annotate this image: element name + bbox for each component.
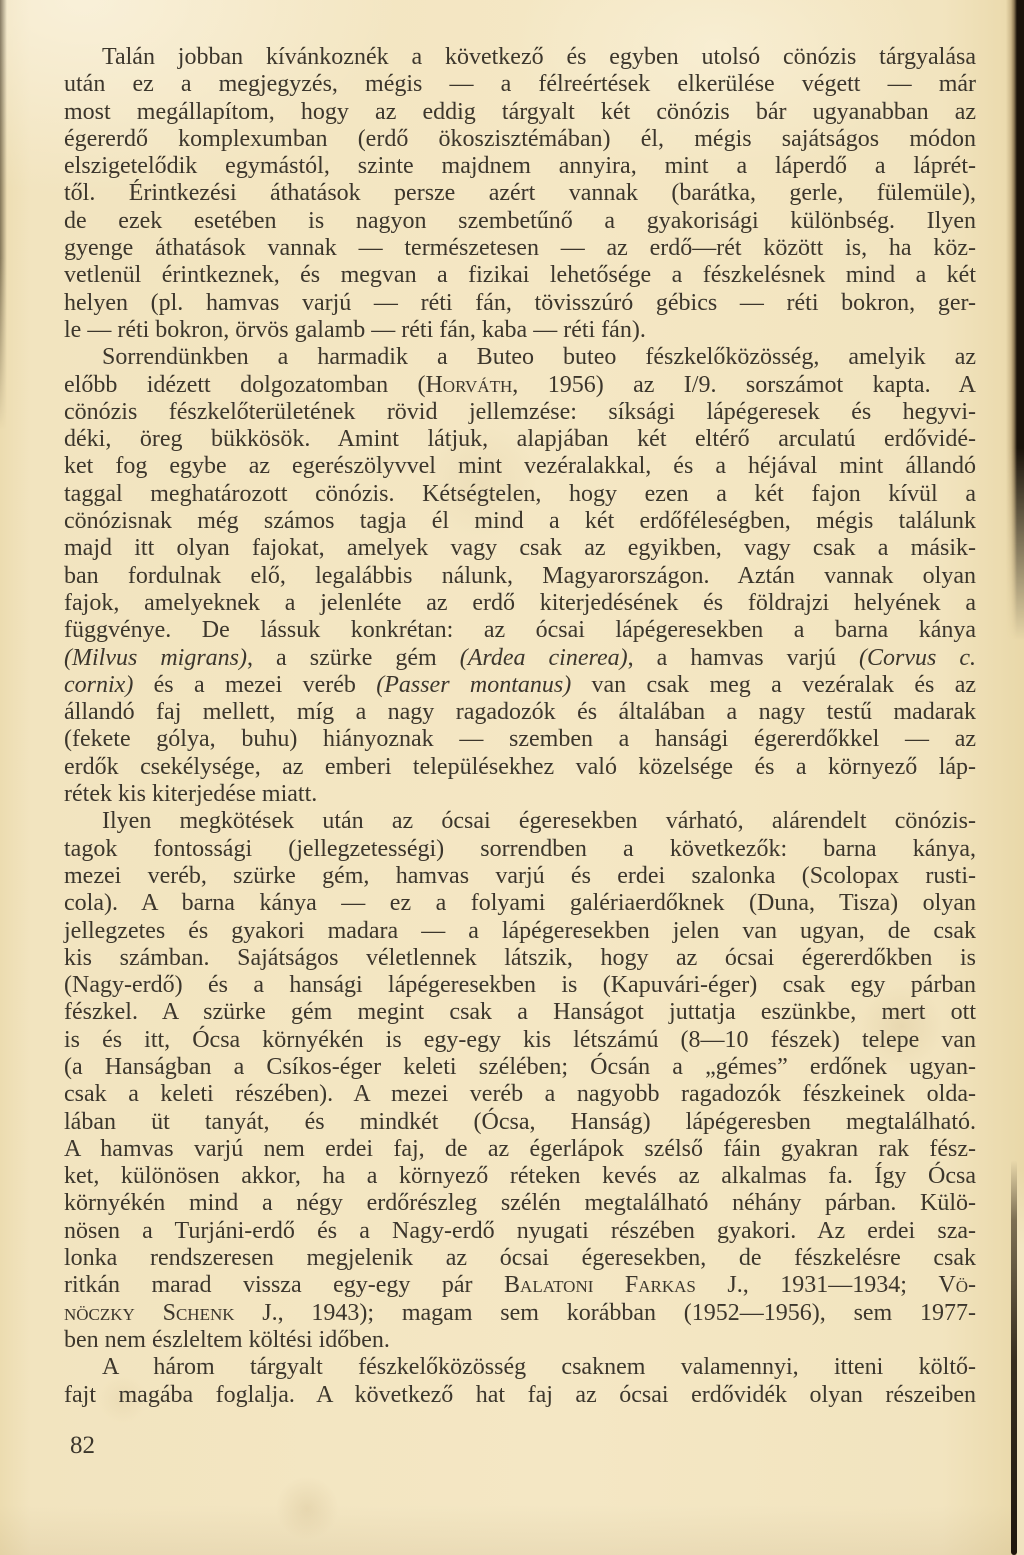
text-line: le — réti bokron, örvös galamb — réti fá…	[64, 317, 976, 344]
text-segment: , 1956) az I/9. sorszámot kapta. A	[512, 372, 976, 398]
text-segment: Sorrendünkben a harmadik a Buteo buteo f…	[102, 344, 976, 370]
latin-species-name: (Ardea cinerea)	[460, 645, 628, 671]
text-segment: taggal meghatározott cönózis. Kétségtele…	[64, 481, 976, 507]
text-segment: (Nagy-erdő) és a hansági lápégeresekben …	[64, 972, 976, 998]
text-line: fajok, amelyeknek a jelenléte az erdő ki…	[64, 590, 976, 617]
text-line: tagok fontossági (jellegzetességi) sorre…	[64, 836, 976, 863]
text-segment: fajt magába foglalja. A következő hat fa…	[64, 1382, 976, 1408]
text-segment: , a hamvas varjú	[628, 645, 859, 671]
text-segment: (a Hanságban a Csíkos-éger keleti széléb…	[64, 1054, 976, 1080]
text-line: (a Hanságban a Csíkos-éger keleti széléb…	[64, 1054, 976, 1081]
text-line: (Nagy-erdő) és a hansági lápégeresekben …	[64, 972, 976, 999]
text-line: ket fog egybe az egerészölyvvel mint vez…	[64, 453, 976, 480]
text-segment: elszigetelődik egymástól, szinte majdnem…	[64, 153, 976, 179]
text-segment: most megállapítom, hogy az eddig tárgyal…	[64, 99, 976, 125]
text-line: helyen (pl. hamvas varjú — réti fán, töv…	[64, 290, 976, 317]
scan-edge-right-shadow	[1006, 0, 1024, 640]
text-line: ket, különösen akkor, ha a környező réte…	[64, 1163, 976, 1190]
text-line: erdők csekélysége, az emberi települések…	[64, 754, 976, 781]
text-line: után ez a megjegyzés, mégis — a félreért…	[64, 71, 976, 98]
text-segment: vetlenül érintkeznek, és megvan a fizika…	[64, 262, 976, 288]
text-line: ritkán marad vissza egy-egy pár Balatoni…	[64, 1272, 976, 1299]
text-line: fészkel. A szürke gém megint csak a Hans…	[64, 999, 976, 1026]
text-line: rétek kis kiterjedése miatt.	[64, 781, 976, 808]
text-segment: égererdő komplexumban (erdő ökoszisztémá…	[64, 126, 976, 152]
text-line: csak a keleti részében). A mezei veréb a…	[64, 1081, 976, 1108]
text-segment: ket, különösen akkor, ha a környező réte…	[64, 1163, 976, 1189]
text-segment: van csak meg a vezéralak és az	[571, 672, 976, 698]
text-line: fajt magába foglalja. A következő hat fa…	[64, 1382, 976, 1409]
text-segment: erdők csekélysége, az emberi települések…	[64, 754, 976, 780]
text-line: majd itt olyan fajokat, amelyek vagy csa…	[64, 535, 976, 562]
text-segment: cönózis fészkelőterületének rövid jellem…	[64, 399, 976, 425]
text-line: (fekete gólya, buhu) hiányoznak — szembe…	[64, 726, 976, 753]
text-segment: ket fog egybe az egerészölyvvel mint vez…	[64, 453, 976, 479]
text-segment: (fekete gólya, buhu) hiányoznak — szembe…	[64, 726, 976, 752]
text-line: lonka rendszeresen megjelenik az ócsai é…	[64, 1245, 976, 1272]
author-name: Vö-	[938, 1272, 976, 1298]
scan-edge-right-paper-strip	[1017, 1170, 1024, 1555]
author-name: Horváth	[425, 372, 512, 398]
text-segment: helyen (pl. hamvas varjú — réti fán, töv…	[64, 290, 976, 316]
text-line: ban fordulnak elő, legalábbis nálunk, Ma…	[64, 563, 976, 590]
text-segment: nösen a Turjáni-erdő és a Nagy-erdő nyug…	[64, 1218, 976, 1244]
text-segment: J., 1943); magam sem korábban (1952—1956…	[235, 1300, 976, 1326]
text-line: lában üt tanyát, és mindkét (Ócsa, Hansá…	[64, 1109, 976, 1136]
author-name: nöczky Schenk	[64, 1300, 235, 1326]
text-segment: le — réti bokron, örvös galamb — réti fá…	[64, 317, 646, 343]
text-line: nöczky Schenk J., 1943); magam sem koráb…	[64, 1300, 976, 1327]
text-segment: ban fordulnak elő, legalábbis nálunk, Ma…	[64, 563, 976, 589]
text-segment: A három tárgyalt fészkelőközösség csakne…	[102, 1354, 976, 1380]
text-segment: lonka rendszeresen megjelenik az ócsai é…	[64, 1245, 976, 1271]
text-segment: lában üt tanyát, és mindkét (Ócsa, Hansá…	[64, 1109, 976, 1135]
text-line: de ezek esetében is nagyon szembetűnő a …	[64, 208, 976, 235]
text-line: mezei veréb, szürke gém, hamvas varjú és…	[64, 863, 976, 890]
text-line: most megállapítom, hogy az eddig tárgyal…	[64, 99, 976, 126]
text-line: gyenge áthatások vannak — természetesen …	[64, 235, 976, 262]
text-segment: rétek kis kiterjedése miatt.	[64, 781, 317, 807]
text-segment: J., 1931—1934;	[696, 1272, 939, 1298]
text-line: cornix) és a mezei veréb (Passer montanu…	[64, 672, 976, 699]
text-segment: de ezek esetében is nagyon szembetűnő a …	[64, 208, 976, 234]
text-line: kis számban. Sajátságos véletlennek láts…	[64, 945, 976, 972]
text-segment: és a mezei veréb	[133, 672, 376, 698]
text-line: A hamvas varjú nem erdei faj, de az éger…	[64, 1136, 976, 1163]
text-segment: déki, öreg bükkösök. Amint látjuk, alapj…	[64, 426, 976, 452]
text-line: taggal meghatározott cönózis. Kétségtele…	[64, 481, 976, 508]
text-line: Sorrendünkben a harmadik a Buteo buteo f…	[64, 344, 976, 371]
scanned-page: Talán jobban kívánkoznék a következő és …	[0, 0, 1024, 1555]
text-segment: fészkel. A szürke gém megint csak a Hans…	[64, 999, 976, 1025]
text-line: cönózisnak még számos tagja él mind a ké…	[64, 508, 976, 535]
text-line: déki, öreg bükkösök. Amint látjuk, alapj…	[64, 426, 976, 453]
text-segment: környékén mind a négy erdőrészleg szélén…	[64, 1190, 976, 1216]
latin-species-name: cornix)	[64, 672, 133, 698]
scan-edge-right-page-line	[1011, 1160, 1017, 1555]
latin-species-name: (Passer montanus)	[376, 672, 571, 698]
text-segment: Talán jobban kívánkoznék a következő és …	[102, 44, 976, 70]
text-segment: után ez a megjegyzés, mégis — a félreért…	[64, 71, 976, 97]
text-line: ben nem észleltem költési időben.	[64, 1327, 976, 1354]
text-line: Ilyen megkötések után az ócsai égeresekb…	[64, 808, 976, 835]
text-segment: is és itt, Ócsa környékén is egy-egy kis…	[64, 1027, 976, 1053]
text-segment: cönózisnak még számos tagja él mind a ké…	[64, 508, 976, 534]
latin-species-name: (Milvus migrans)	[64, 645, 247, 671]
text-line: cola). A barna kánya — ez a folyami galé…	[64, 890, 976, 917]
text-segment: ritkán marad vissza egy-egy pár	[64, 1272, 504, 1298]
scan-edge-left-shadow	[0, 0, 7, 430]
text-segment: függvénye. De lássuk konkrétan: az ócsai…	[64, 617, 976, 643]
latin-species-name: (Corvus c.	[859, 645, 976, 671]
text-line: nösen a Turjáni-erdő és a Nagy-erdő nyug…	[64, 1218, 976, 1245]
text-segment: cola). A barna kánya — ez a folyami galé…	[64, 890, 976, 916]
text-segment: fajok, amelyeknek a jelenléte az erdő ki…	[64, 590, 976, 616]
text-segment: csak a keleti részében). A mezei veréb a…	[64, 1081, 976, 1107]
text-line: előbb idézett dolgozatomban (Horváth, 19…	[64, 372, 976, 399]
text-segment: től. Érintkezési áthatások persze azért …	[64, 180, 976, 206]
text-segment: tagok fontossági (jellegzetességi) sorre…	[64, 836, 976, 862]
author-name: Balatoni Farkas	[504, 1272, 696, 1298]
text-line: Talán jobban kívánkoznék a következő és …	[64, 44, 976, 71]
text-line: elszigetelődik egymástól, szinte majdnem…	[64, 153, 976, 180]
text-line: égererdő komplexumban (erdő ökoszisztémá…	[64, 126, 976, 153]
text-segment: ben nem észleltem költési időben.	[64, 1327, 390, 1353]
text-segment: A hamvas varjú nem erdei faj, de az éger…	[64, 1136, 976, 1162]
text-line: től. Érintkezési áthatások persze azért …	[64, 180, 976, 207]
text-line: környékén mind a négy erdőrészleg szélén…	[64, 1190, 976, 1217]
text-line: is és itt, Ócsa környékén is egy-egy kis…	[64, 1027, 976, 1054]
text-line: állandó faj mellett, míg a nagy ragadozó…	[64, 699, 976, 726]
text-segment: mezei veréb, szürke gém, hamvas varjú és…	[64, 863, 976, 889]
text-segment: előbb idézett dolgozatomban (	[64, 372, 425, 398]
text-line: vetlenül érintkeznek, és megvan a fizika…	[64, 262, 976, 289]
page-number: 82	[70, 1432, 95, 1460]
text-segment: kis számban. Sajátságos véletlennek láts…	[64, 945, 976, 971]
text-line: jellegzetes és gyakori madara — a lápége…	[64, 918, 976, 945]
text-segment: , a szürke gém	[247, 645, 460, 671]
text-segment: Ilyen megkötések után az ócsai égeresekb…	[102, 808, 976, 834]
text-segment: jellegzetes és gyakori madara — a lápége…	[64, 918, 976, 944]
text-block: Talán jobban kívánkoznék a következő és …	[64, 44, 976, 1409]
text-line: (Milvus migrans), a szürke gém (Ardea ci…	[64, 645, 976, 672]
text-segment: állandó faj mellett, míg a nagy ragadozó…	[64, 699, 976, 725]
text-line: cönózis fészkelőterületének rövid jellem…	[64, 399, 976, 426]
text-segment: majd itt olyan fajokat, amelyek vagy csa…	[64, 535, 976, 561]
text-line: függvénye. De lássuk konkrétan: az ócsai…	[64, 617, 976, 644]
text-segment: gyenge áthatások vannak — természetesen …	[64, 235, 976, 261]
text-line: A három tárgyalt fészkelőközösség csakne…	[64, 1354, 976, 1381]
